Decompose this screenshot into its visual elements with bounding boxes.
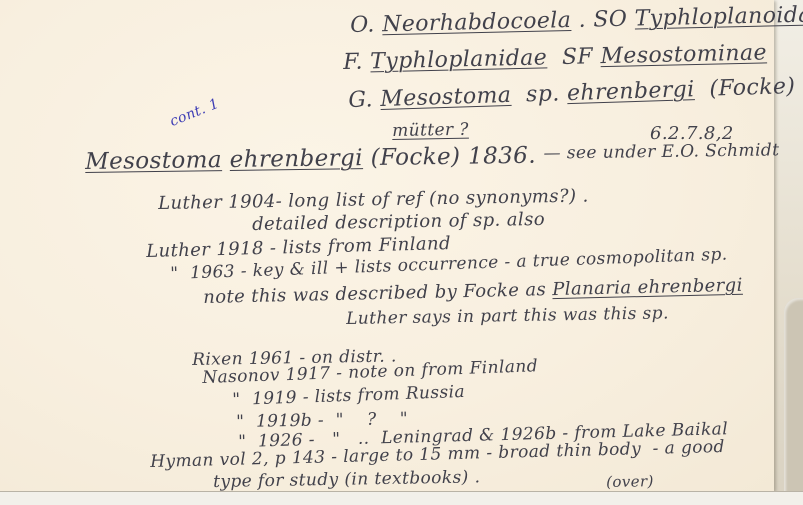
handwriting-text: SO [593,7,635,33]
handwriting-text: mütter ? [392,120,469,141]
handwriting-text: Mesostominae [600,40,767,69]
handwriting-text: Typhloplanoida [634,3,803,32]
handwriting-text: Typhloplanidae [370,45,547,74]
handwriting-text: (Focke) 1836. [363,143,544,172]
background-card-corner [784,298,803,505]
scanned-card-photo: O. Neorhabdocoela . SO Typhloplanoida ,F… [0,0,803,505]
handwriting-text: (over) [606,472,654,491]
handwriting-text: (Focke) [694,74,795,102]
handwriting-text: — see under E.O. Schmidt [543,140,779,163]
scan-background-strip [0,491,803,505]
handwriting-text: O. [350,12,382,38]
handwriting-text: F. [343,49,371,75]
handwriting-text: SF [547,44,601,70]
handwriting-text: Mesostoma [85,147,222,175]
handwriting-text: Planaria ehrenbergi [552,275,743,300]
handwritten-line-mutter-query: mütter ? [392,121,469,141]
handwriting-text: G. [348,87,381,113]
handwriting-text: Mesostoma [380,83,512,112]
handwriting-text: Neorhabdocoela [382,8,572,37]
handwritten-line-over-note: (over) [606,473,654,490]
handwriting-text: ehrenbergi [567,77,695,106]
handwriting-text: . [571,7,594,32]
handwriting-text: sp. [511,81,568,108]
handwriting-text: ehrenbergi [230,145,364,173]
